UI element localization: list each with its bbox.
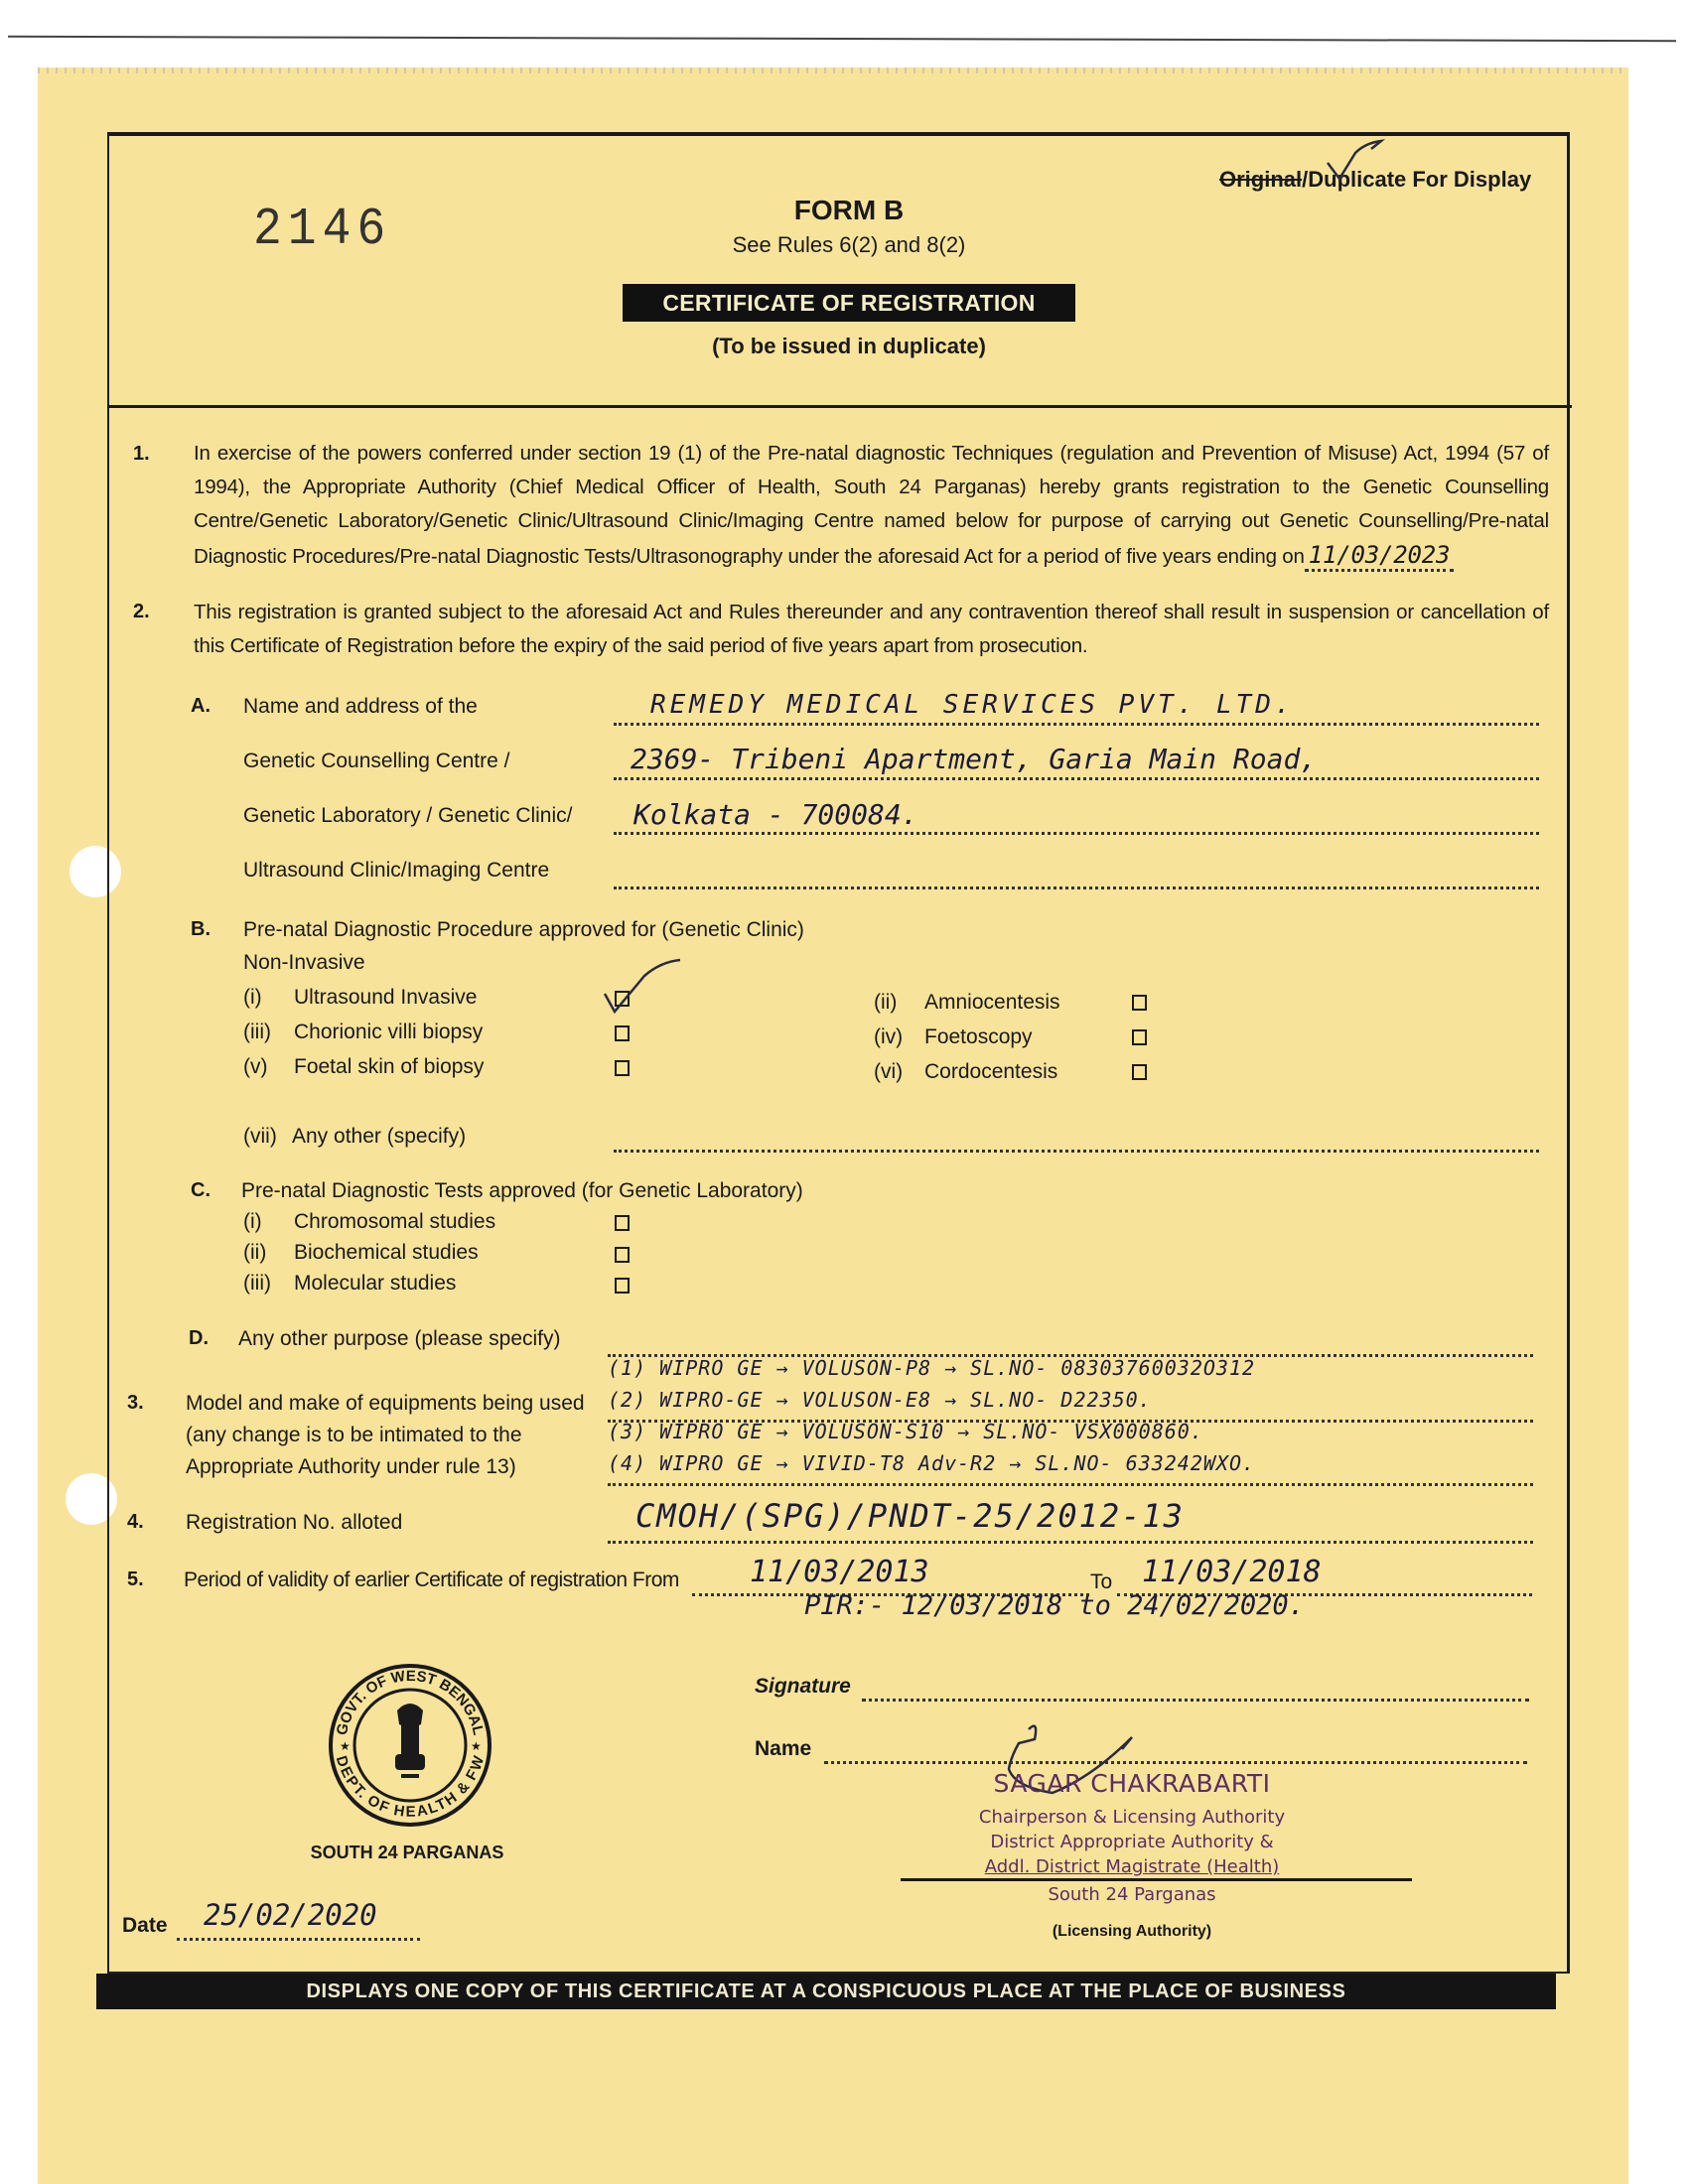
test-chromosomal-label: Chromosomal studies	[294, 1210, 495, 1234]
display-notice-banner: DISPLAYS ONE COPY OF THIS CERTIFICATE AT…	[96, 1974, 1556, 2009]
name-field[interactable]	[824, 1761, 1527, 1764]
registration-end-date: 11/03/2023	[1305, 541, 1455, 572]
procedure-cordocentesis-label: Cordocentesis	[924, 1060, 1057, 1084]
clause-number: 5.	[127, 1569, 144, 1591]
section-letter: B.	[191, 918, 211, 941]
fill-line	[608, 1541, 1533, 1544]
clause-2-text: This registration is granted subject to …	[194, 596, 1549, 663]
item-number: (ii)	[874, 991, 897, 1015]
svg-text:★: ★	[340, 1739, 351, 1753]
section-letter: A.	[191, 695, 211, 718]
section-letter: D.	[189, 1327, 209, 1350]
perforated-edge	[38, 68, 1628, 73]
signature-field[interactable]	[862, 1699, 1529, 1702]
form-title: FORM B	[695, 195, 1003, 226]
equipment-4[interactable]: (4) WIPRO GE → VIVID-T8 Adv-R2 → SL.NO- …	[608, 1451, 1255, 1475]
date-field[interactable]: 25/02/2020	[204, 1898, 377, 1932]
clause-number: 2.	[133, 601, 150, 623]
seal-caption: SOUTH 24 PARGANAS	[293, 1843, 521, 1863]
section-b-title: Pre-natal Diagnostic Procedure approved …	[243, 918, 804, 942]
item-number: (iv)	[874, 1025, 903, 1049]
item-number: (i)	[243, 986, 262, 1010]
section-a-label: Ultrasound Clinic/Imaging Centre	[243, 859, 549, 883]
stamp-rule	[901, 1878, 1412, 1881]
item-number: (ii)	[243, 1241, 266, 1265]
date-field-line	[177, 1938, 420, 1941]
test-biochemical-label: Biochemical studies	[294, 1241, 479, 1265]
section-c-title: Pre-natal Diagnostic Tests approved (for…	[241, 1179, 803, 1203]
fill-line	[614, 723, 1539, 726]
test-chromosomal-checkbox[interactable]	[615, 1215, 630, 1231]
clause-number: 3.	[127, 1392, 144, 1415]
stamp-line: South 24 Parganas	[923, 1884, 1340, 1905]
procedure-amniocentesis-label: Amniocentesis	[924, 991, 1060, 1015]
procedure-chorionic-checkbox[interactable]	[615, 1025, 630, 1041]
clause-number: 1.	[133, 443, 150, 466]
section-letter: C.	[191, 1179, 211, 1202]
item-number: (v)	[243, 1055, 268, 1079]
pir-note: PIR:- 12/03/2018 to 24/02/2020.	[804, 1590, 1305, 1621]
section-a-label: Genetic Laboratory / Genetic Clinic/	[243, 804, 573, 828]
procedure-chorionic-label: Chorionic villi biopsy	[294, 1021, 483, 1044]
rules-reference: See Rules 6(2) and 8(2)	[635, 232, 1062, 258]
copy-type-original: Original	[1219, 167, 1302, 192]
clause-3-label: (any change is to be intimated to the	[186, 1424, 522, 1447]
item-number: (iii)	[243, 1021, 271, 1044]
section-a-label: Genetic Counselling Centre /	[243, 750, 509, 773]
equipment-1[interactable]: (1) WIPRO GE → VOLUSON-P8 → SL.NO- 08303…	[608, 1356, 1255, 1380]
handwritten-tick-icon	[1326, 139, 1385, 184]
government-seal-icon: GOVT. OF WEST BENGAL DEPT. OF HEALTH & F…	[326, 1661, 494, 1830]
fill-line	[614, 832, 1539, 835]
procedure-other-field[interactable]	[614, 1150, 1539, 1153]
item-number: (vii)	[243, 1125, 277, 1149]
item-number: (iii)	[243, 1272, 271, 1296]
validity-from-date[interactable]: 11/03/2013	[750, 1555, 929, 1589]
signature-label: Signature	[755, 1675, 851, 1699]
name-label: Name	[755, 1737, 811, 1761]
centre-address-line-1[interactable]: 2369- Tribeni Apartment, Garia Main Road…	[631, 743, 1317, 775]
issue-note: (To be issued in duplicate)	[635, 334, 1062, 359]
procedure-foetal-skin-checkbox[interactable]	[615, 1060, 630, 1076]
centre-name-field[interactable]: REMEDY MEDICAL SERVICES PVT. LTD.	[650, 690, 1295, 720]
date-label: Date	[122, 1914, 168, 1938]
fill-line	[608, 1483, 1533, 1486]
clause-number: 4.	[127, 1511, 144, 1534]
equipment-3[interactable]: (3) WIPRO GE → VOLUSON-S10 → SL.NO- VSX0…	[608, 1420, 1203, 1443]
scan-edge-line	[8, 36, 1676, 42]
test-biochemical-checkbox[interactable]	[615, 1247, 630, 1263]
procedure-foetoscopy-label: Foetoscopy	[924, 1025, 1033, 1049]
stamp-line: Chairperson & Licensing Authority	[923, 1807, 1340, 1828]
item-number: (i)	[243, 1210, 262, 1234]
stamp-name: SAGAR CHAKRABARTI	[923, 1769, 1340, 1798]
certificate-title: CERTIFICATE OF REGISTRATION	[623, 284, 1075, 322]
section-b-subtitle: Non-Invasive	[243, 951, 365, 975]
clause-3-label: Model and make of equipments being used	[186, 1392, 585, 1416]
procedure-foetoscopy-checkbox[interactable]	[1132, 1029, 1147, 1045]
procedure-cordocentesis-checkbox[interactable]	[1132, 1064, 1147, 1080]
svg-text:★: ★	[471, 1739, 482, 1753]
test-molecular-label: Molecular studies	[294, 1272, 456, 1296]
procedure-amniocentesis-checkbox[interactable]	[1132, 995, 1147, 1011]
stamp-line: District Appropriate Authority &	[923, 1832, 1340, 1852]
clause-4-label: Registration No. alloted	[186, 1511, 402, 1535]
stamp-line: Addl. District Magistrate (Health)	[923, 1856, 1340, 1877]
section-d-label: Any other purpose (please specify)	[238, 1327, 561, 1351]
registration-number[interactable]: CMOH/(SPG)/PNDT-25/2012-13	[635, 1497, 1185, 1535]
fill-line	[614, 887, 1539, 889]
clause-3-label: Appropriate Authority under rule 13)	[186, 1455, 516, 1479]
validity-to-date[interactable]: 11/03/2018	[1142, 1555, 1322, 1589]
fill-line	[614, 777, 1539, 780]
equipment-2[interactable]: (2) WIPRO-GE → VOLUSON-E8 → SL.NO- D2235…	[608, 1388, 1152, 1412]
section-a-label: Name and address of the	[243, 695, 478, 719]
licensing-authority-label: (Licensing Authority)	[983, 1923, 1281, 1941]
serial-number: 2146	[253, 201, 391, 259]
item-number: (vi)	[874, 1060, 903, 1084]
clause-5-label: Period of validity of earlier Certificat…	[184, 1569, 679, 1592]
test-molecular-checkbox[interactable]	[615, 1278, 630, 1294]
procedure-other-label: Any other (specify)	[292, 1125, 466, 1149]
procedure-ultrasound-label: Ultrasound Invasive	[294, 986, 477, 1010]
clause-1-text: In exercise of the powers conferred unde…	[194, 437, 1549, 574]
checkmark-icon	[601, 958, 685, 1018]
centre-address-line-2[interactable]: Kolkata - 700084.	[633, 798, 918, 831]
header-divider	[107, 405, 1572, 408]
procedure-foetal-skin-label: Foetal skin of biopsy	[294, 1055, 484, 1079]
